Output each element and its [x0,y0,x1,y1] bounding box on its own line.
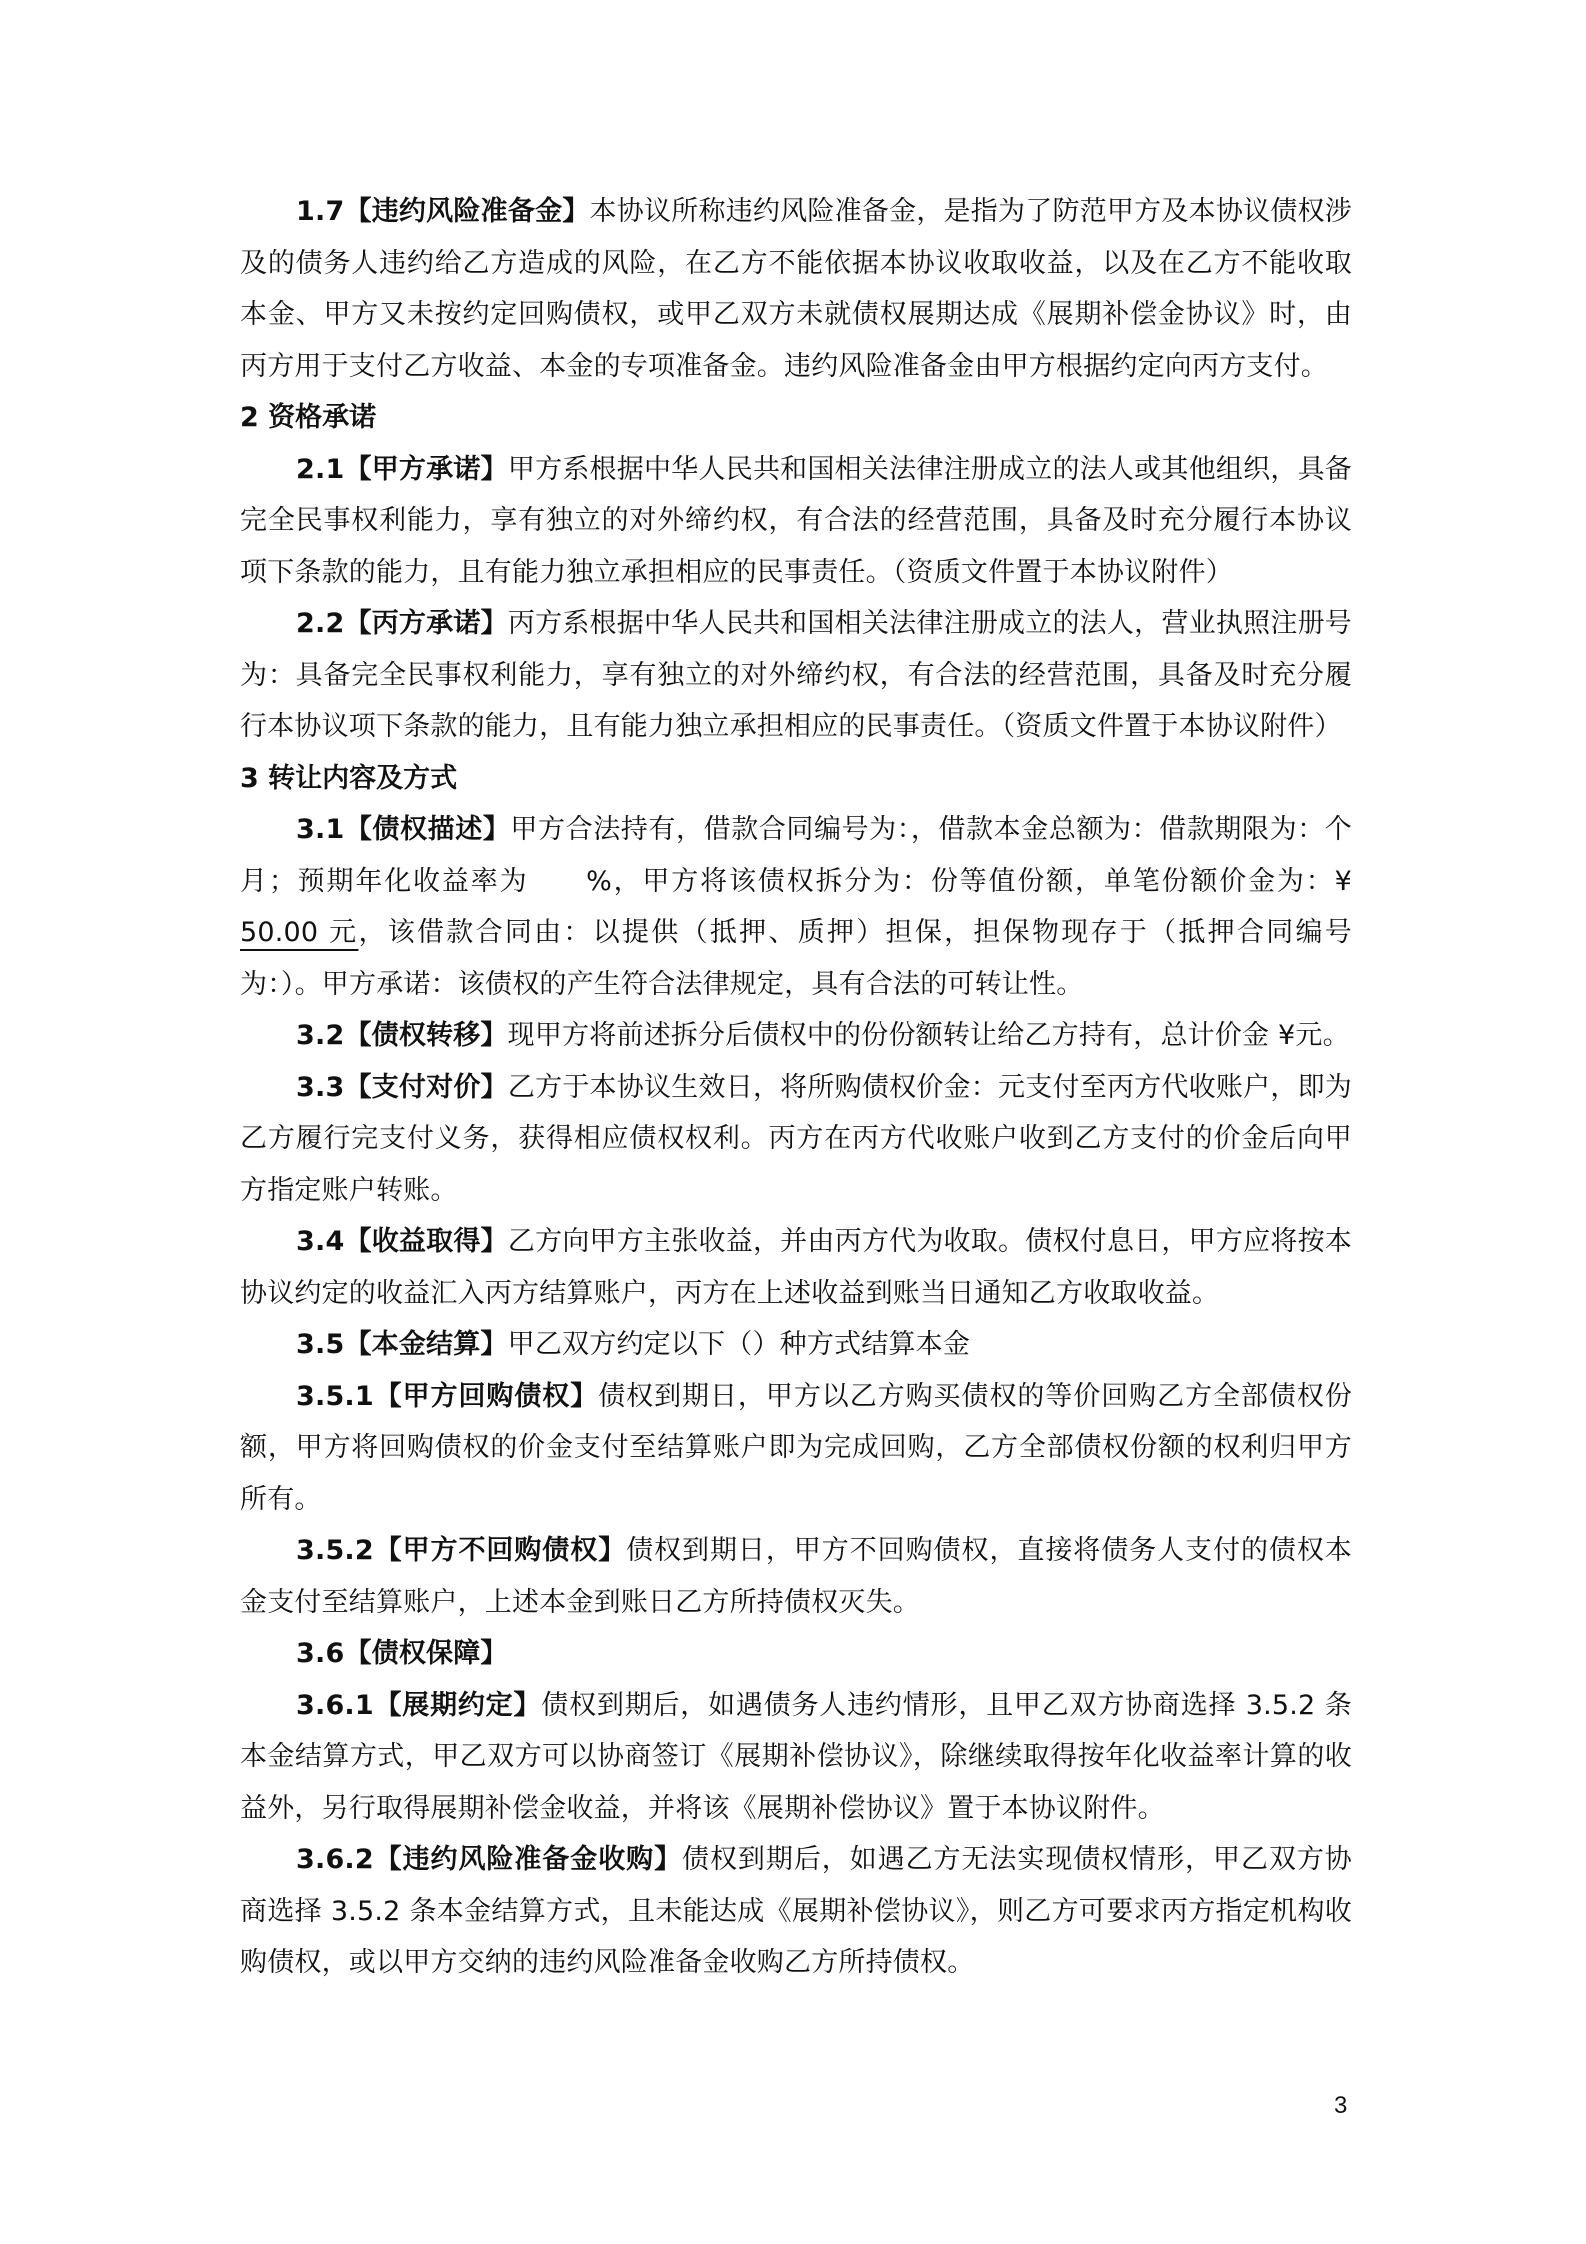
clause-title: 【甲方不回购债权】 [374,1535,626,1566]
clause-title: 【债权描述】 [344,814,510,845]
clause-number: 3.2 [296,1020,344,1051]
page-number: 3 [1334,2092,1347,2120]
clause-2-2: 2.2【丙方承诺】丙方系根据中华人民共和国相关法律注册成立的法人，营业执照注册号… [240,598,1352,753]
clause-body-continued: ，该借款合同由：以提供（抵押、质押）担保，担保物现存于（抵押合同编号为：）。甲方… [240,917,1352,1000]
clause-2-1: 2.1【甲方承诺】甲方系根据中华人民共和国相关法律注册成立的法人或其他组织，具备… [240,444,1352,599]
clause-title: 【违约风险准备金收购】 [374,1844,682,1875]
clause-title: 【丙方承诺】 [344,608,507,639]
clause-title: 【甲方回购债权】 [374,1381,598,1412]
clause-3-3: 3.3【支付对价】乙方于本协议生效日，将所购债权价金：元支付至丙方代收账户，即为… [240,1062,1352,1217]
clause-title: 【支付对价】 [344,1072,507,1103]
clause-number: 3.4 [296,1226,344,1257]
clause-title: 【甲方承诺】 [344,454,507,485]
clause-3-4: 3.4【收益取得】乙方向甲方主张收益，并由丙方代为收取。债权付息日，甲方应将按本… [240,1216,1352,1319]
clause-number: 3.6 [296,1638,344,1669]
clause-3-1: 3.1【债权描述】甲方合法持有，借款合同编号为：，借款本金总额为：借款期限为：个… [240,804,1352,1010]
clause-number: 3.5.1 [296,1381,374,1412]
clause-title: 【收益取得】 [344,1226,507,1257]
clause-title: 【违约风险准备金】 [344,196,589,227]
clause-3-5-2: 3.5.2【甲方不回购债权】债权到期日，甲方不回购债权，直接将债务人支付的债权本… [240,1525,1352,1628]
clause-number: 3.6.2 [296,1844,374,1875]
clause-number: 3.1 [296,814,344,845]
clause-title: 【展期约定】 [374,1690,541,1721]
clause-3-6: 3.6【债权保障】 [240,1628,1352,1680]
section-heading-2: 2 资格承诺 [240,392,1352,444]
clause-body: 现甲方将前述拆分后债权中的份份额转让给乙方持有，总计价金 ¥元。 [508,1020,1350,1051]
clause-number: 1.7 [296,196,344,227]
clause-3-2: 3.2【债权转移】现甲方将前述拆分后债权中的份份额转让给乙方持有，总计价金 ¥元… [240,1010,1352,1062]
share-price-amount: 50.00 元 [240,917,358,948]
clause-3-6-2: 3.6.2【违约风险准备金收购】债权到期后，如遇乙方无法实现债权情形，甲乙双方协… [240,1834,1352,1989]
clause-title: 【债权保障】 [344,1638,507,1669]
clause-number: 3.5 [296,1329,344,1360]
clause-3-6-1: 3.6.1【展期约定】债权到期后，如遇债务人违约情形，且甲乙双方协商选择 3.5… [240,1680,1352,1835]
clause-1-7: 1.7【违约风险准备金】本协议所称违约风险准备金，是指为了防范甲方及本协议债权涉… [240,186,1352,392]
clause-number: 2.1 [296,454,344,485]
clause-number: 3.5.2 [296,1535,374,1566]
clause-title: 【本金结算】 [344,1329,507,1360]
clause-number: 3.3 [296,1072,344,1103]
clause-body: 甲乙双方约定以下（）种方式结算本金 [508,1329,970,1360]
clause-title: 【债权转移】 [344,1020,507,1051]
document-page: 1.7【违约风险准备金】本协议所称违约风险准备金，是指为了防范甲方及本协议债权涉… [240,186,1352,1989]
section-heading-3: 3 转让内容及方式 [240,753,1352,805]
clause-3-5: 3.5【本金结算】甲乙双方约定以下（）种方式结算本金 [240,1319,1352,1371]
clause-number: 3.6.1 [296,1690,374,1721]
clause-3-5-1: 3.5.1【甲方回购债权】债权到期日，甲方以乙方购买债权的等价回购乙方全部债权份… [240,1371,1352,1526]
clause-number: 2.2 [296,608,344,639]
